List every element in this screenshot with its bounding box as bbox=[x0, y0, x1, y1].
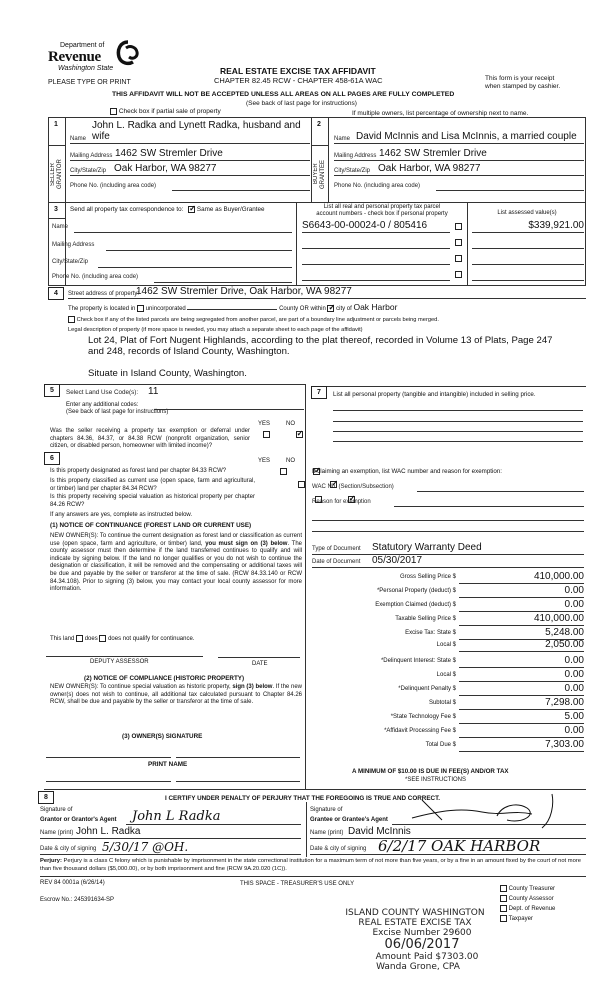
exemption-claim-label: If claiming an exemption, list WAC numbe… bbox=[312, 468, 502, 475]
personal-property-checkbox[interactable] bbox=[455, 223, 462, 230]
grantor-name-value: John L. Radka bbox=[76, 826, 141, 837]
reason-field[interactable]: Reason for exemption bbox=[312, 496, 584, 508]
parcel-number[interactable] bbox=[302, 268, 450, 281]
doc-type-field[interactable]: Type of Document Statutory Warranty Deed bbox=[312, 542, 584, 555]
section-6-number: 6 bbox=[44, 452, 60, 465]
personal-property-line[interactable] bbox=[333, 441, 583, 442]
amount-label: Gross Selling Price $ bbox=[400, 574, 456, 580]
city-checkbox[interactable] bbox=[327, 305, 334, 312]
copy-distribution: County Treasurer County Assessor Dept. o… bbox=[500, 884, 555, 924]
grantee-sig-label-2: Grantee or Grantee's Agent bbox=[310, 815, 388, 825]
section-4-number: 4 bbox=[48, 287, 64, 300]
seller-mailing-value: 1462 SW Stremler Drive bbox=[115, 148, 223, 159]
value-header: List assessed value(s) bbox=[470, 210, 584, 216]
current-use-question: Is this property classified as current u… bbox=[50, 478, 255, 493]
instructions-note: (See back of last page for instructions) bbox=[246, 100, 357, 107]
state-technology-fee-row: *State Technology Fee $ 5.00 bbox=[330, 711, 584, 725]
parcel-number[interactable] bbox=[302, 236, 450, 249]
print-name-line-1[interactable] bbox=[46, 781, 171, 782]
seller-name-line1: John L. Radka and Lynett Radka, husband … bbox=[92, 120, 301, 131]
copy-dept-revenue: Dept. of Revenue bbox=[500, 904, 555, 914]
unincorporated-checkbox[interactable] bbox=[137, 305, 144, 312]
notice2-text-a: NEW OWNER(S): To continue special valuat… bbox=[50, 684, 232, 690]
parcel-header-line2: account numbers - check box if personal … bbox=[298, 211, 466, 218]
exemption-yes-checkbox[interactable] bbox=[263, 431, 270, 438]
buyer-mailing-field[interactable]: Mailing Address 1462 SW Stremler Drive bbox=[334, 148, 584, 161]
amount-label: Local $ bbox=[437, 672, 456, 678]
subtotal[interactable]: 7,298.00 bbox=[459, 697, 584, 710]
assessed-value[interactable] bbox=[472, 236, 584, 249]
legal-description[interactable]: Lot 24, Plat of Fort Nugent Highlands, a… bbox=[88, 336, 553, 380]
copy-label: Dept. of Revenue bbox=[509, 906, 556, 912]
county-assessor-checkbox[interactable] bbox=[500, 895, 507, 902]
grantor-date-label: Date & city of signing bbox=[40, 846, 96, 852]
owner-signature-title: (3) OWNER(S) SIGNATURE bbox=[122, 733, 202, 740]
logo-state-text: Washington State bbox=[58, 65, 113, 72]
continuance-row: This land does does not qualify for cont… bbox=[50, 635, 194, 642]
seller-city-label: City/State/Zip bbox=[70, 168, 106, 174]
warning-text: THIS AFFIDAVIT WILL NOT BE ACCEPTED UNLE… bbox=[112, 91, 454, 98]
delinquent-penalty[interactable]: 0.00 bbox=[459, 683, 584, 696]
buyer-grantee-label: BUYER GRANTEE bbox=[313, 150, 327, 198]
street-address-field[interactable]: Street address of property: 1462 SW Stre… bbox=[68, 286, 586, 299]
grantee-date-label: Date & city of signing bbox=[310, 846, 366, 852]
delinquent-interest-local[interactable]: 0.00 bbox=[459, 669, 584, 682]
section-5-number: 5 bbox=[44, 384, 60, 397]
location-row: The property is located in unincorporate… bbox=[68, 302, 397, 312]
personal-property-checkbox[interactable] bbox=[455, 239, 462, 246]
print-name-label: PRINT NAME bbox=[148, 761, 187, 768]
notice2-bold: sign (3) below bbox=[232, 684, 272, 690]
does-not-qualify-checkbox[interactable] bbox=[99, 635, 106, 642]
personal-property-checkbox[interactable] bbox=[455, 255, 462, 262]
certify-statement: I CERTIFY UNDER PENALTY OF PERJURY THAT … bbox=[165, 795, 440, 802]
notice-compliance-title: (2) NOTICE OF COMPLIANCE (HISTORIC PROPE… bbox=[84, 675, 244, 682]
reason-label: Reason for exemption bbox=[312, 499, 371, 505]
grantor-sig-label: Signature of Grantor or Grantor's Agent bbox=[40, 805, 117, 825]
gross-selling-price[interactable]: 410,000.00 bbox=[459, 571, 584, 584]
multiple-owners-note: If multiple owners, list percentage of o… bbox=[352, 110, 528, 117]
doc-date-field[interactable]: Date of Document 05/30/2017 bbox=[312, 555, 584, 568]
logo-swirl-icon bbox=[116, 40, 140, 66]
unincorporated-label: unincorporated bbox=[146, 306, 186, 312]
perjury-notice: Perjury: Perjury is a class C felony whi… bbox=[40, 858, 586, 873]
seller-name-line2: wife bbox=[92, 131, 110, 142]
delinquent-interest-state-row: *Delinquent Interest: State $ 0.00 bbox=[330, 655, 584, 669]
does-qualify-checkbox[interactable] bbox=[76, 635, 83, 642]
this-land-label: This land bbox=[50, 636, 74, 642]
form-subtitle: CHAPTER 82.45 RCW - CHAPTER 458-61A WAC bbox=[214, 76, 383, 85]
does-not-label: does not qualify for continuance. bbox=[108, 636, 194, 642]
grantor-name-field[interactable]: Name (print) John L. Radka bbox=[40, 827, 301, 839]
tax-name-field[interactable]: Name bbox=[52, 222, 292, 234]
if-yes-note: If any answers are yes, complete as inst… bbox=[50, 512, 192, 518]
parcel-number[interactable] bbox=[302, 252, 450, 265]
treasurer-use-label: THIS SPACE - TREASURER'S USE ONLY bbox=[240, 881, 354, 887]
segregated-row: Check box if any of the listed parcels a… bbox=[68, 316, 439, 323]
doc-type-label: Type of Document bbox=[312, 546, 361, 552]
seller-city-value: Oak Harbor, WA 98277 bbox=[114, 163, 216, 174]
excise-tax-local-row: Local $ 2,050.00 bbox=[330, 639, 584, 653]
grantor-name-label: Name (print) bbox=[40, 830, 73, 836]
section-7-number: 7 bbox=[311, 386, 327, 399]
stamp-official: Wanda Grone, CPA bbox=[330, 962, 500, 972]
delinquent-penalty-row: *Delinquent Penalty $ 0.00 bbox=[330, 683, 584, 697]
personal-property-checkbox[interactable] bbox=[455, 271, 462, 278]
exemption-no-checkbox[interactable] bbox=[296, 431, 303, 438]
county-treasurer-checkbox[interactable] bbox=[500, 885, 507, 892]
assessed-value[interactable] bbox=[472, 268, 584, 281]
wac-field[interactable]: WAC No. (Section/Subsection) bbox=[312, 481, 584, 493]
amount-label: *Affidavit Processing Fee $ bbox=[384, 728, 456, 734]
seller-name-field[interactable]: Name wife bbox=[70, 131, 310, 144]
rev-number: REV 84 0001a (6/26/14) bbox=[40, 880, 105, 886]
partial-sale-label: Check box if partial sale of property bbox=[119, 108, 221, 115]
logo-dept-text: Department of bbox=[60, 42, 104, 49]
buyer-phone-field[interactable]: Phone No. (including area code) bbox=[334, 178, 584, 191]
buyer-name-field[interactable]: Name David McInnis and Lisa McInnis, a m… bbox=[334, 131, 584, 144]
amount-label: *Delinquent Interest: State $ bbox=[381, 658, 456, 664]
owner-signature-line-2[interactable] bbox=[176, 757, 300, 758]
delinquent-interest-local-row: Local $ 0.00 bbox=[330, 669, 584, 683]
stamp-county: ISLAND COUNTY WASHINGTON bbox=[330, 908, 500, 918]
legal-line1: Lot 24, Plat of Fort Nugent Highlands, a… bbox=[88, 336, 553, 347]
buyer-phone-line bbox=[436, 190, 584, 191]
additional-codes-note: (See back of last page for instructions) bbox=[66, 409, 304, 416]
grantee-sig-label-1: Signature of bbox=[310, 805, 388, 815]
perjury-bold: Perjury: bbox=[40, 858, 62, 864]
owner-signature-line-1[interactable] bbox=[46, 757, 171, 758]
notice1-text-b: . The county assessor must then determin… bbox=[50, 541, 302, 593]
copy-label: County Treasurer bbox=[509, 886, 555, 892]
copy-county-treasurer: County Treasurer bbox=[500, 884, 555, 894]
amount-label: *Personal Property (deduct) $ bbox=[377, 588, 456, 594]
copy-label: County Assessor bbox=[509, 896, 554, 902]
grantor-date-value: 5/30/17 @OH. bbox=[102, 840, 188, 854]
section-1-number: 1 bbox=[54, 121, 58, 128]
grantor-sig-label-1: Signature of bbox=[40, 805, 117, 815]
no-header-5: NO bbox=[286, 421, 295, 427]
copy-taxpayer: Taxpayer bbox=[500, 914, 555, 924]
land-use-label: Select Land Use Code(s): bbox=[66, 389, 138, 396]
grantor-signature: John L Radka bbox=[132, 809, 220, 824]
no-header-6: NO bbox=[286, 458, 295, 464]
grantee-signature bbox=[402, 790, 572, 830]
escrow-label: Escrow No.: bbox=[40, 897, 72, 903]
segregated-label: Check box if any of the listed parcels a… bbox=[77, 317, 439, 323]
assessed-value[interactable]: $339,921.00 bbox=[472, 220, 584, 233]
buyer-name-label: Name bbox=[334, 136, 350, 142]
taxpayer-checkbox[interactable] bbox=[500, 915, 507, 922]
partial-sale-row: Check box if partial sale of property bbox=[110, 108, 221, 115]
please-type-text: PLEASE TYPE OR PRINT bbox=[48, 79, 131, 86]
buyer-city-label: City/State/Zip bbox=[334, 168, 370, 174]
send-correspondence-row: Send all property tax correspondence to:… bbox=[70, 206, 264, 213]
amount-label: Local $ bbox=[437, 642, 456, 648]
grantee-date-field[interactable]: Date & city of signing 6/2/17 OAK HARBOR bbox=[310, 841, 586, 855]
parcel-row bbox=[300, 266, 585, 282]
additional-codes-label: Enter any additional codes: bbox=[66, 402, 304, 409]
tax-city-field[interactable]: City/State/Zip bbox=[52, 257, 292, 269]
print-name-line-2[interactable] bbox=[176, 781, 300, 782]
grantee-sig-label: Signature of Grantee or Grantee's Agent bbox=[310, 805, 388, 825]
minimum-due-note: A MINIMUM OF $10.00 IS DUE IN FEE(S) AND… bbox=[352, 768, 509, 775]
subtotal-row: Subtotal $ 7,298.00 bbox=[330, 697, 584, 711]
personal-property-line[interactable] bbox=[333, 431, 583, 432]
personal-property-line[interactable] bbox=[333, 421, 583, 422]
perjury-text: Perjury is a class C felony which is pun… bbox=[40, 858, 581, 872]
same-as-buyer-checkbox[interactable] bbox=[188, 206, 195, 213]
buyer-city-field[interactable]: City/State/Zip Oak Harbor, WA 98277 bbox=[334, 163, 584, 176]
personal-property-row: *Personal Property (deduct) $ 0.00 bbox=[330, 585, 584, 599]
copy-county-assessor: County Assessor bbox=[500, 894, 555, 904]
same-as-buyer-label: Same as Buyer/Grantee bbox=[197, 206, 265, 213]
street-address-label: Street address of property: bbox=[68, 291, 139, 297]
date-label: DATE bbox=[252, 661, 268, 667]
excise-tax-local[interactable]: 2,050.00 bbox=[459, 639, 584, 652]
personal-property-line[interactable] bbox=[333, 410, 583, 411]
located-label: The property is located in bbox=[68, 306, 135, 312]
land-use-code-value: 11 bbox=[148, 386, 158, 397]
deputy-assessor-label: DEPUTY ASSESSOR bbox=[90, 659, 149, 665]
buyer-name-value: David McInnis and Lisa McInnis, a marrie… bbox=[356, 131, 577, 142]
seller-city-field[interactable]: City/State/Zip Oak Harbor, WA 98277 bbox=[70, 163, 310, 176]
exemption-claimed-row: Exemption Claimed (deduct) $ 0.00 bbox=[330, 599, 584, 613]
affidavit-processing-fee-row: *Affidavit Processing Fee $ 0.00 bbox=[330, 725, 584, 739]
grantee-signature-field[interactable] bbox=[392, 812, 586, 825]
see-instructions-note: *SEE INSTRUCTIONS bbox=[405, 777, 466, 783]
forest-land-question: Is this property designated as forest la… bbox=[50, 468, 255, 476]
city-name-value: Oak Harbor bbox=[353, 302, 397, 312]
total-due-row: Total Due $ 7,303.00 bbox=[330, 739, 584, 753]
wac-label: WAC No. (Section/Subsection) bbox=[312, 484, 394, 490]
stamp-date: 06/06/2017 bbox=[330, 938, 500, 952]
doc-date-value: 05/30/2017 bbox=[372, 555, 422, 566]
current-use-yes-checkbox[interactable] bbox=[298, 481, 305, 488]
affidavit-processing-fee[interactable]: 0.00 bbox=[459, 725, 584, 738]
grantee-name-label: Name (print) bbox=[310, 830, 343, 836]
notice1-bold: you must sign on (3) below bbox=[205, 541, 287, 547]
grantor-date-field[interactable]: Date & city of signing 5/30/17 @OH. bbox=[40, 841, 301, 855]
amount-label: *Delinquent Penalty $ bbox=[398, 686, 456, 692]
notice-compliance-text: NEW OWNER(S): To continue special valuat… bbox=[50, 684, 302, 707]
does-label: does bbox=[85, 636, 98, 642]
legal-description-label: Legal description of property (if more s… bbox=[68, 327, 363, 333]
seller-mailing-label: Mailing Address bbox=[70, 153, 112, 159]
treasurer-stamp: ISLAND COUNTY WASHINGTON REAL ESTATE EXC… bbox=[330, 908, 500, 972]
notice-continuance-title: (1) NOTICE OF CONTINUANCE (FOREST LAND O… bbox=[50, 522, 251, 529]
taxable-selling-price-row: Taxable Selling Price $ 410,000.00 bbox=[330, 613, 584, 627]
receipt-note-line1: This form is your receipt bbox=[485, 75, 560, 83]
buyer-phone-label: Phone No. (including area code) bbox=[334, 183, 420, 189]
exemption-question: Was the seller receiving a property tax … bbox=[50, 428, 250, 451]
additional-codes-field[interactable]: Enter any additional codes: (See back of… bbox=[66, 402, 304, 420]
seller-name-label: Name bbox=[70, 136, 86, 142]
total-due[interactable]: 7,303.00 bbox=[459, 739, 584, 752]
parcel-row bbox=[300, 234, 585, 250]
amount-label: Taxable Selling Price $ bbox=[395, 616, 456, 622]
street-address-value: 1462 SW Stremler Drive, Oak Harbor, WA 9… bbox=[136, 286, 352, 297]
amount-label: *State Technology Fee $ bbox=[391, 714, 456, 720]
county-or-label: County OR within bbox=[279, 306, 326, 312]
grantor-sig-label-2: Grantor or Grantor's Agent bbox=[40, 815, 117, 825]
parcel-header: List all real and personal property tax … bbox=[298, 204, 466, 218]
section-2-number: 2 bbox=[317, 121, 321, 128]
send-correspondence-label: Send all property tax correspondence to: bbox=[70, 206, 183, 213]
buyer-city-value: Oak Harbor, WA 98277 bbox=[378, 163, 480, 174]
amount-label: Subtotal $ bbox=[429, 700, 456, 706]
seller-mailing-field[interactable]: Mailing Address 1462 SW Stremler Drive bbox=[70, 148, 310, 161]
seller-grantor-label: SELLER GRANTOR bbox=[50, 150, 64, 198]
grantor-signature-field[interactable]: John L Radka bbox=[126, 812, 301, 825]
tax-phone-label: Phone No. (including area code) bbox=[52, 274, 138, 280]
seller-phone-label: Phone No. (including area code) bbox=[70, 183, 156, 189]
yes-header-5: YES bbox=[258, 421, 270, 427]
parcel-header-line1: List all real and personal property tax … bbox=[298, 204, 466, 211]
amount-label: Total Due $ bbox=[426, 742, 456, 748]
grantee-date-value: 6/2/17 OAK HARBOR bbox=[378, 837, 540, 855]
personal-property-label: List all personal property (tangible and… bbox=[333, 391, 536, 398]
escrow-value: 245391634-SP bbox=[74, 897, 114, 903]
tax-calculation: Gross Selling Price $ 410,000.00 *Person… bbox=[330, 571, 584, 761]
stamp-amount-paid: Amount Paid $7303.00 bbox=[330, 952, 500, 962]
dor-logo: Department of Revenue Washington State bbox=[48, 40, 138, 78]
tax-mailing-field[interactable]: Mailing Address bbox=[52, 240, 292, 252]
escrow-number: Escrow No.: 245391634-SP bbox=[40, 897, 114, 903]
logo-revenue-text: Revenue bbox=[48, 49, 101, 66]
tax-name-label: Name bbox=[52, 224, 68, 230]
buyer-mailing-value: 1462 SW Stremler Drive bbox=[379, 148, 487, 159]
right-column-top bbox=[311, 386, 586, 387]
doc-type-value: Statutory Warranty Deed bbox=[372, 542, 482, 553]
segregated-checkbox[interactable] bbox=[68, 316, 75, 323]
seller-phone-line bbox=[172, 190, 310, 191]
city-of-label: city of bbox=[336, 306, 352, 312]
parcel-number[interactable]: S6643-00-00024-0 / 805416 bbox=[302, 220, 450, 233]
parcel-row bbox=[300, 250, 585, 266]
delinquent-interest-state[interactable]: 0.00 bbox=[459, 655, 584, 668]
forest-yes-checkbox[interactable] bbox=[280, 468, 287, 475]
dept-revenue-checkbox[interactable] bbox=[500, 905, 507, 912]
exemption-claimed[interactable]: 0.00 bbox=[459, 599, 584, 612]
parcel-row: S6643-00-00024-0 / 805416 $339,921.00 bbox=[300, 218, 585, 234]
amount-label: Exemption Claimed (deduct) $ bbox=[375, 602, 456, 608]
yes-header-6: YES bbox=[258, 458, 270, 464]
personal-property-deduct[interactable]: 0.00 bbox=[459, 585, 584, 598]
tax-mailing-label: Mailing Address bbox=[52, 242, 94, 248]
buyer-mailing-label: Mailing Address bbox=[334, 153, 376, 159]
stamp-tax-type: REAL ESTATE EXCISE TAX bbox=[330, 918, 500, 928]
taxable-selling-price[interactable]: 410,000.00 bbox=[459, 613, 584, 626]
section-8-number: 8 bbox=[38, 791, 54, 804]
grantee-name-value: David McInnis bbox=[348, 826, 411, 837]
legal-line2: and 248, records of Island County, Washi… bbox=[88, 347, 553, 358]
receipt-note-line2: when stamped by cashier. bbox=[485, 83, 560, 91]
doc-date-label: Date of Document bbox=[312, 559, 360, 565]
receipt-note: This form is your receipt when stamped b… bbox=[485, 75, 560, 90]
county-line[interactable] bbox=[187, 309, 277, 310]
copy-label: Taxpayer bbox=[509, 916, 533, 922]
historic-question: Is this property receiving special valua… bbox=[50, 494, 255, 509]
partial-sale-checkbox[interactable] bbox=[110, 108, 117, 115]
assessed-value[interactable] bbox=[472, 252, 584, 265]
gross-selling-price-row: Gross Selling Price $ 410,000.00 bbox=[330, 571, 584, 585]
section-3-number: 3 bbox=[54, 206, 58, 213]
notice-continuance-text: NEW OWNER(S): To continue the current de… bbox=[50, 533, 302, 594]
seller-phone-field[interactable]: Phone No. (including area code) bbox=[70, 178, 310, 191]
state-technology-fee[interactable]: 5.00 bbox=[459, 711, 584, 724]
form-title: REAL ESTATE EXCISE TAX AFFIDAVIT bbox=[220, 66, 376, 76]
land-use-field[interactable]: Select Land Use Code(s): 11 bbox=[66, 386, 304, 398]
tax-city-label: City/State/Zip bbox=[52, 259, 88, 265]
amount-label: Excise Tax: State $ bbox=[405, 630, 456, 636]
tax-phone-field[interactable]: Phone No. (including area code) bbox=[52, 272, 292, 284]
legal-line3: Situate in Island County, Washington. bbox=[88, 369, 553, 380]
